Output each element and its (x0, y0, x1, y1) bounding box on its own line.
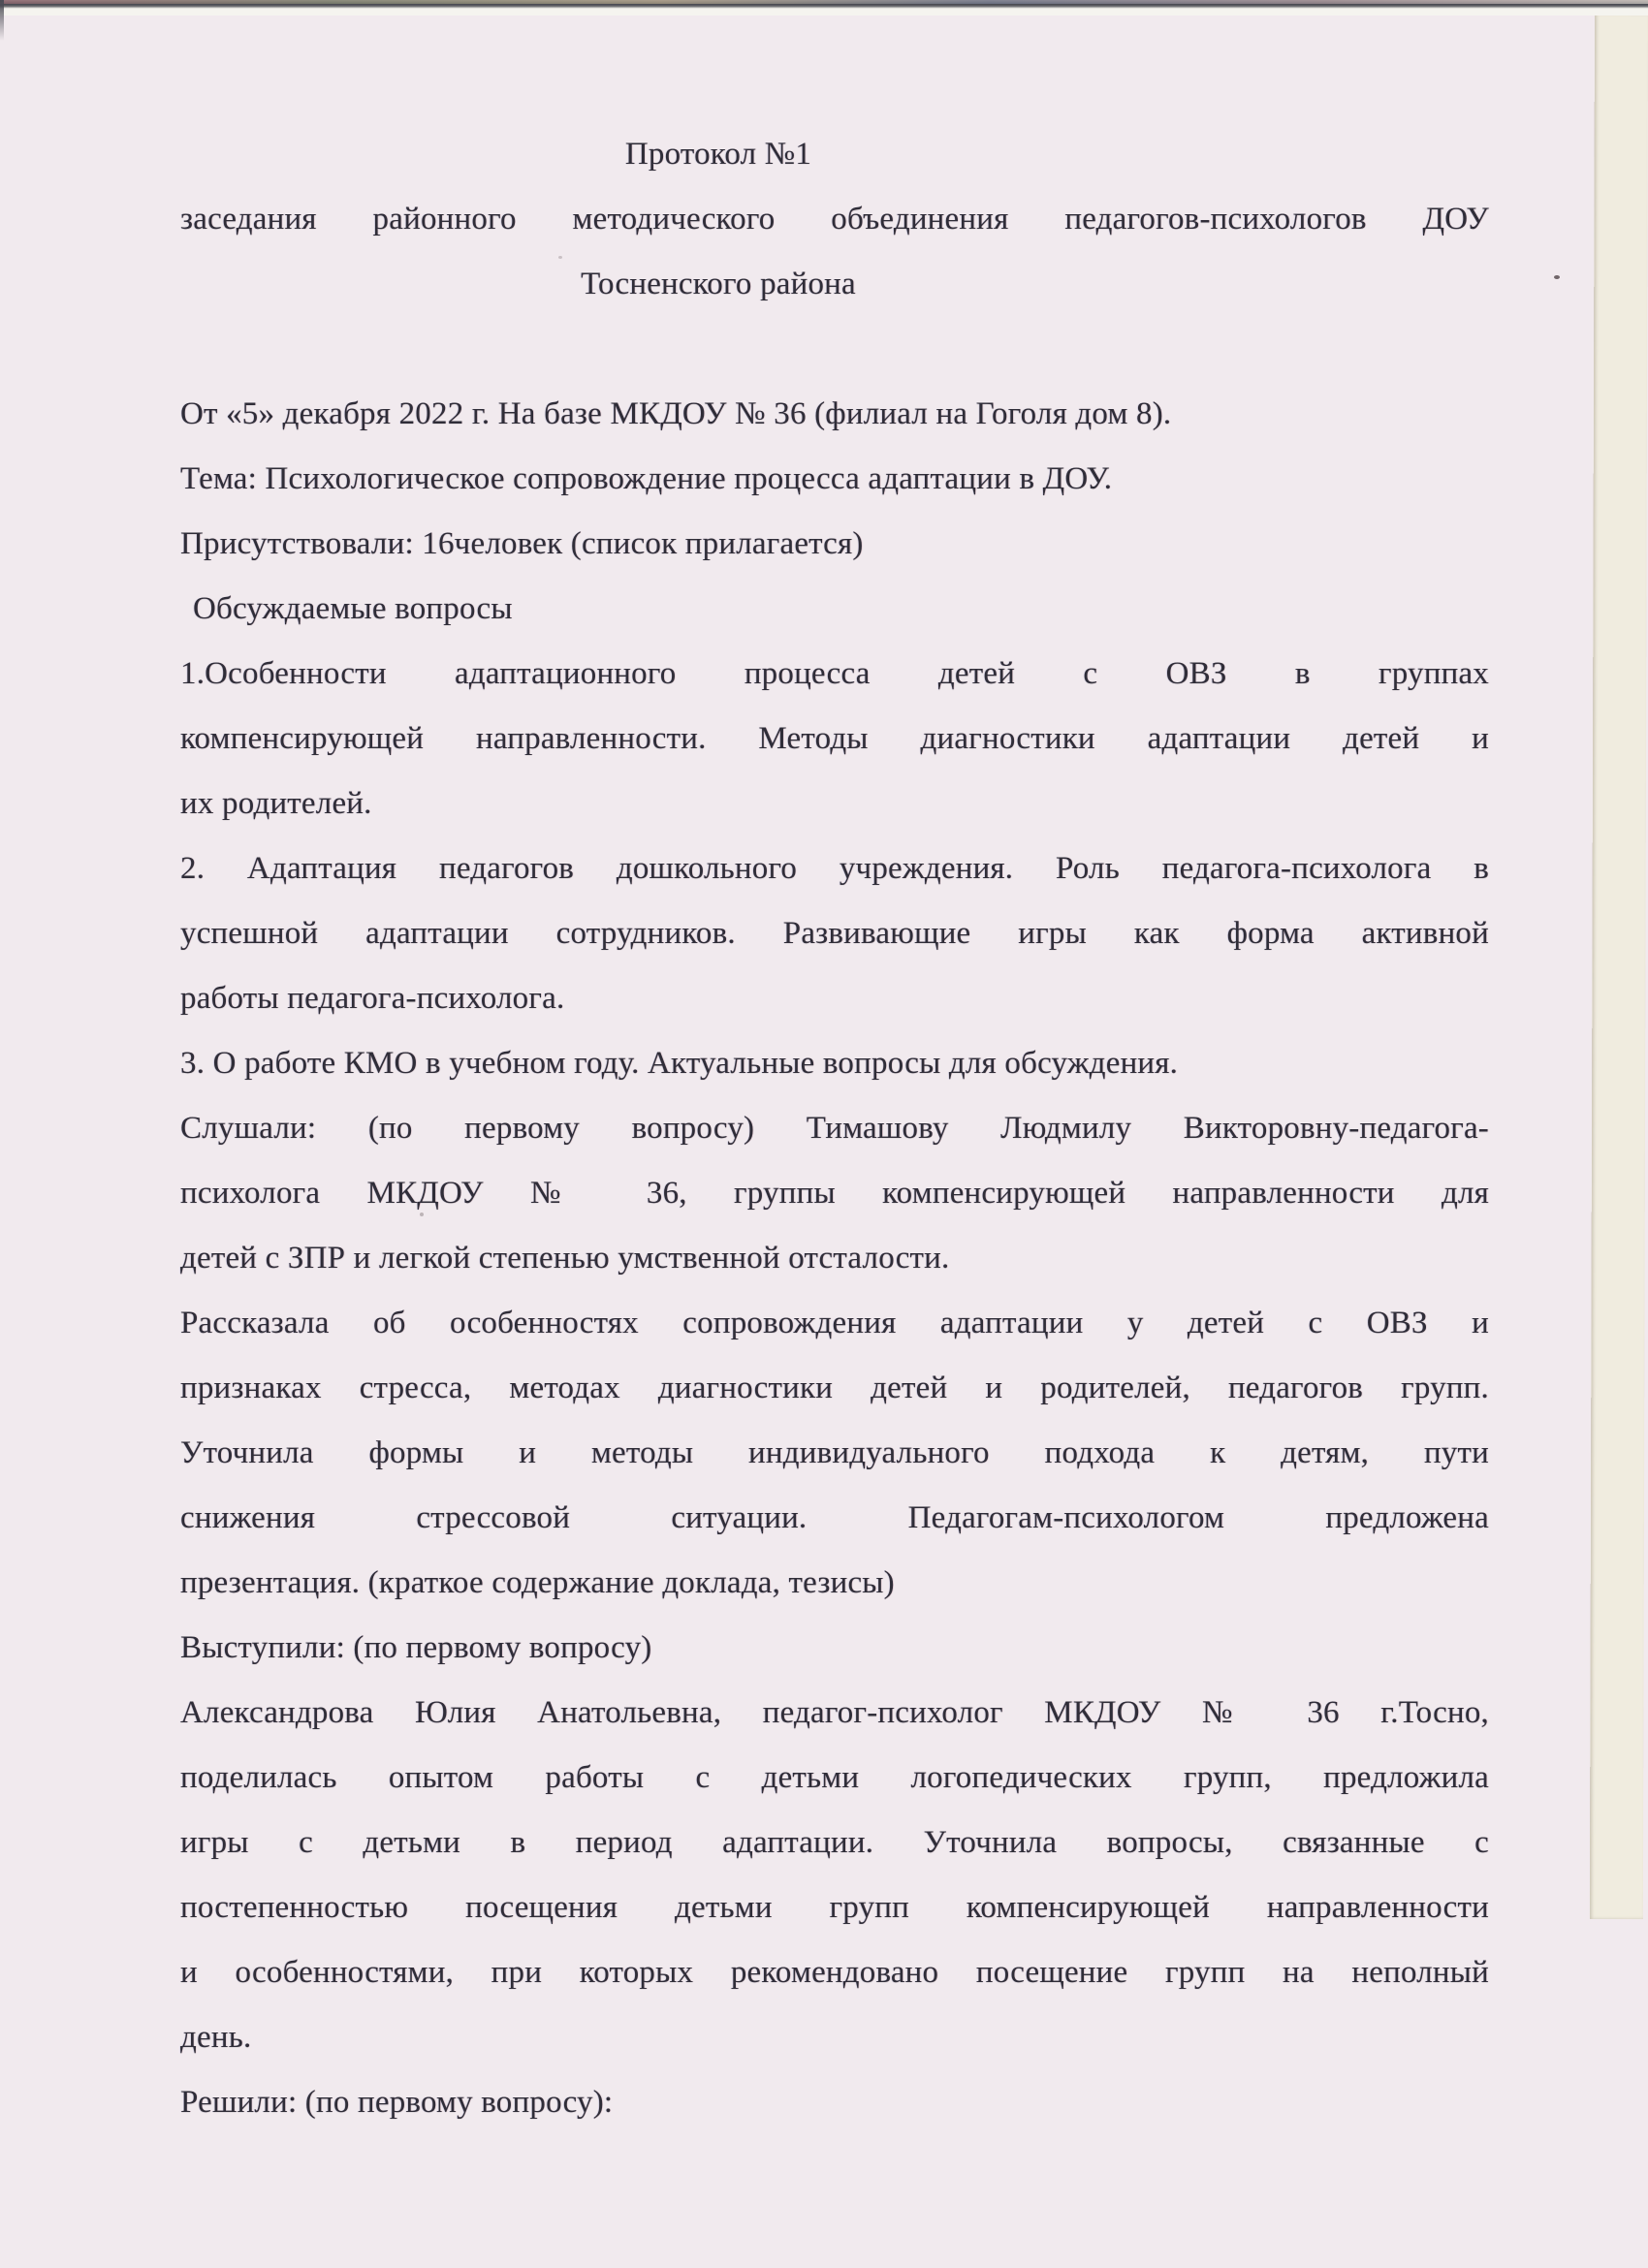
question-2-line: 2. Адаптация педагогов дошкольного учреж… (180, 836, 1489, 901)
speaker-line: постепенностью посещения детьми групп ко… (180, 1875, 1489, 1940)
scan-top-edge-tint (0, 0, 1648, 4)
doc-subtitle-line: заседания районного методического объеди… (180, 187, 1489, 252)
doc-subtitle-line: Тосненского района (180, 252, 1489, 317)
question-3-line: 3. О работе КМО в учебном году. Актуальн… (180, 1031, 1489, 1096)
speaker-line: и особенностями, при которых рекомендова… (180, 1940, 1489, 2005)
speaker-line: Александрова Юлия Анатольевна, педагог-п… (180, 1681, 1489, 1746)
date-place-line: От «5» декабря 2022 г. На базе МКДОУ № 3… (180, 382, 1489, 447)
scanner-backing-strip (1590, 14, 1648, 1919)
dust-speck (420, 1213, 424, 1216)
spoke-header-line: Выступили: (по первому вопросу) (180, 1616, 1489, 1681)
decided-header-line: Решили: (по первому вопросу): (180, 2070, 1489, 2135)
speaker-line: поделилась опытом работы с детьми логопе… (180, 1746, 1489, 1811)
dust-speck (558, 256, 562, 259)
doc-title-line: Протокол №1 (180, 122, 1489, 187)
document-page: Протокол №1 заседания районного методиче… (0, 14, 1648, 2268)
dust-speck (1554, 275, 1560, 279)
report-line: Рассказала об особенностях сопровождения… (180, 1291, 1489, 1356)
question-1-line: компенсирующей направленности. Методы ди… (180, 707, 1489, 772)
scanned-document-screenshot: Протокол №1 заседания районного методиче… (0, 0, 1648, 2268)
question-2-line: успешной адаптации сотрудников. Развиваю… (180, 901, 1489, 966)
question-2-line: работы педагога-психолога. (180, 966, 1489, 1031)
report-line: признаках стресса, методах диагностики д… (180, 1356, 1489, 1421)
heard-line: психолога МКДОУ № 36, группы компенсирую… (180, 1161, 1489, 1226)
question-1-line: 1.Особенности адаптационного процесса де… (180, 642, 1489, 707)
speaker-line: день. (180, 2005, 1489, 2070)
report-line: презентация. (краткое содержание доклада… (180, 1551, 1489, 1616)
topic-line: Тема: Психологическое сопровождение проц… (180, 447, 1489, 512)
heard-line: детей с ЗПР и легкой степенью умственной… (180, 1226, 1489, 1291)
section-header-line: Обсуждаемые вопросы (180, 577, 1489, 642)
speaker-line: игры с детьми в период адаптации. Уточни… (180, 1811, 1489, 1875)
scan-corner-artifact (0, 0, 4, 41)
question-1-line: их родителей. (180, 772, 1489, 836)
report-line: Уточнила формы и методы индивидуального … (180, 1421, 1489, 1486)
report-line: снижения стрессовой ситуации. Педагогам-… (180, 1486, 1489, 1551)
heard-line: Слушали: (по первому вопросу) Тимашову Л… (180, 1096, 1489, 1161)
attendees-line: Присутствовали: 16человек (список прилаг… (180, 512, 1489, 577)
document-text-block: Протокол №1 заседания районного методиче… (180, 122, 1489, 2135)
